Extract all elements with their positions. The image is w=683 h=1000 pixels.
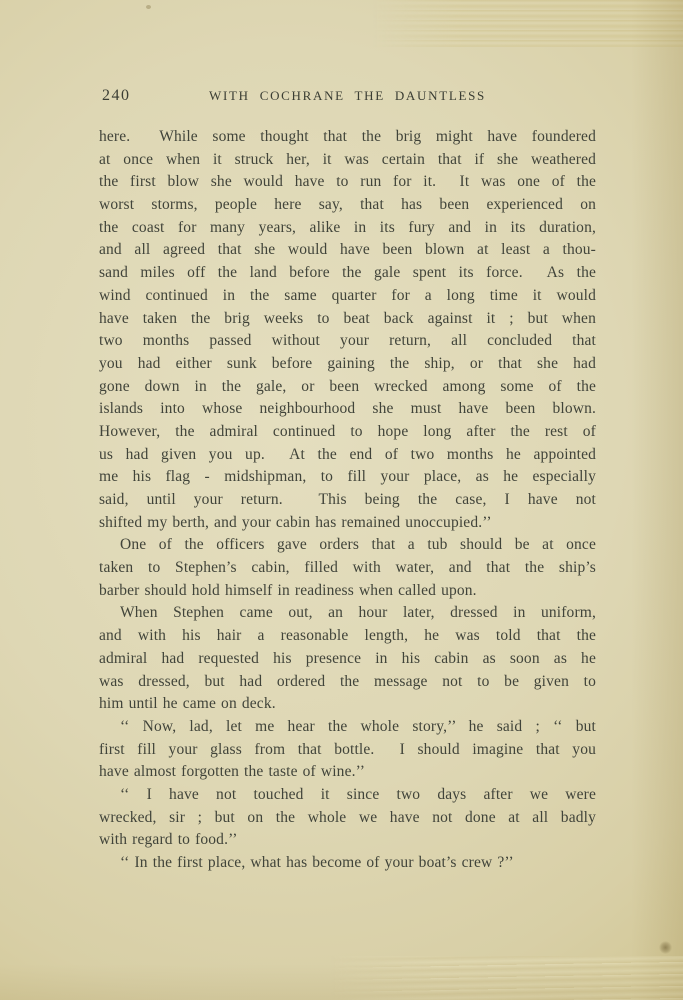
text-line: However, the admiral continued to hope l… xyxy=(99,421,596,444)
paper-spot xyxy=(659,941,672,954)
text-line: When Stephen came out, an hour later, dr… xyxy=(99,602,596,625)
page-number: 240 xyxy=(102,87,131,105)
text-line: admiral had requested his presence in hi… xyxy=(99,648,596,671)
text-line: us had given you up. At the end of two m… xyxy=(99,444,596,467)
text-line: you had either sunk before gaining the s… xyxy=(99,353,596,376)
text-line: islands into whose neighbourhood she mus… xyxy=(99,398,596,421)
text-line: shifted my berth, and your cabin has rem… xyxy=(99,512,596,535)
paper-speck xyxy=(146,5,151,9)
text-line: barber should hold himself in readiness … xyxy=(99,580,596,603)
text-line: ‘‘ Now, lad, let me hear the whole story… xyxy=(99,716,596,739)
text-line: said, until your return. This being the … xyxy=(99,489,596,512)
text-line: with regard to food.’’ xyxy=(99,829,596,852)
text-line: have taken the brig weeks to beat back a… xyxy=(99,308,596,331)
text-line: the coast for many years, alike in its f… xyxy=(99,217,596,240)
text-line: ‘‘ I have not touched it since two days … xyxy=(99,784,596,807)
scan-edge-shadow xyxy=(631,0,683,1000)
text-line: taken to Stephen’s cabin, filled with wa… xyxy=(99,557,596,580)
text-line: gone down in the gale, or been wrecked a… xyxy=(99,376,596,399)
text-line: wrecked, sir ; but on the whole we have … xyxy=(99,807,596,830)
text-line: him until he came on deck. xyxy=(99,693,596,716)
text-line: the first blow she would have to run for… xyxy=(99,171,596,194)
text-line: two months passed without your return, a… xyxy=(99,330,596,353)
text-line: here. While some thought that the brig m… xyxy=(99,126,596,149)
text-line: me his flag - midshipman, to fill your p… xyxy=(99,466,596,489)
scan-band-bottom xyxy=(0,964,683,1000)
text-line: One of the officers gave orders that a t… xyxy=(99,534,596,557)
page-header: 240 WITH COCHRANE THE DAUNTLESS xyxy=(99,87,596,105)
text-line: worst storms, people here say, that has … xyxy=(99,194,596,217)
text-line: was dressed, but had ordered the message… xyxy=(99,671,596,694)
book-page-scan: 240 WITH COCHRANE THE DAUNTLESS here. Wh… xyxy=(0,0,683,1000)
text-line: first fill your glass from that bottle. … xyxy=(99,739,596,762)
text-line: wind continued in the same quarter for a… xyxy=(99,285,596,308)
running-title: WITH COCHRANE THE DAUNTLESS xyxy=(99,87,596,105)
text-line: have almost forgotten the taste of wine.… xyxy=(99,761,596,784)
text-line: and all agreed that she would have been … xyxy=(99,239,596,262)
text-line: at once when it struck her, it was certa… xyxy=(99,149,596,172)
text-line: ‘‘ In the first place, what has become o… xyxy=(99,852,596,875)
body-text: here. While some thought that the brig m… xyxy=(99,126,596,875)
text-line: sand miles off the land before the gale … xyxy=(99,262,596,285)
text-line: and with his hair a reasonable length, h… xyxy=(99,625,596,648)
